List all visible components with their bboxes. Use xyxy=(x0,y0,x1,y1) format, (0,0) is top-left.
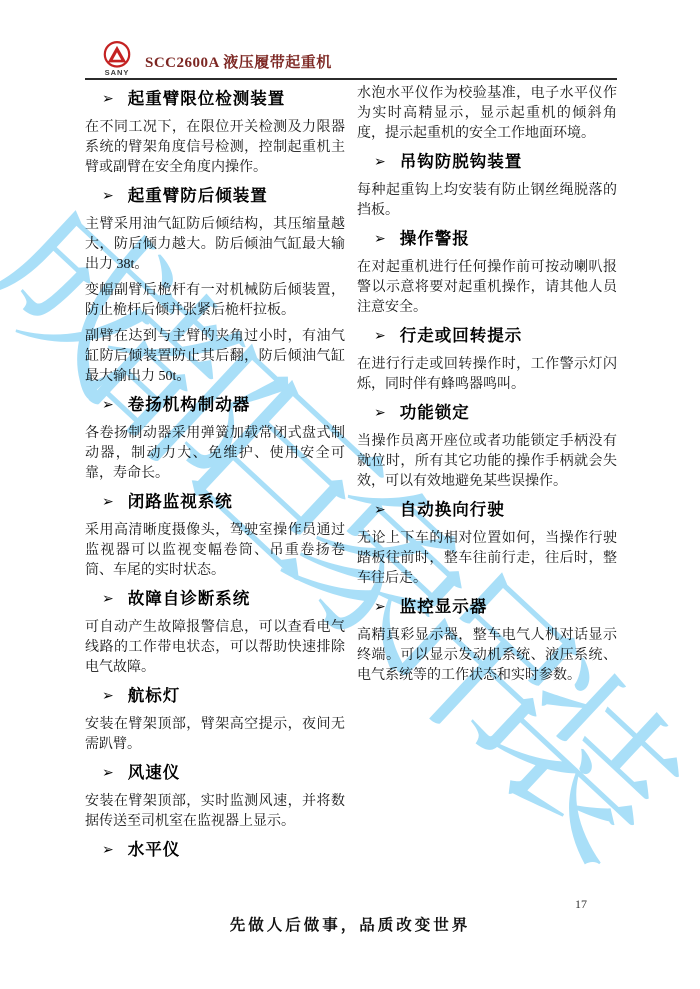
section-heading-text: 卷扬机构制动器 xyxy=(128,395,251,415)
sany-logo: SANY xyxy=(97,40,137,80)
footer-slogan: 先做人后做事，品质改变世界 xyxy=(0,913,700,935)
paragraph: 可自动产生故障报警信息，可以查看电气线路的工作带电状态，可以帮助快速排除电气故障… xyxy=(85,618,345,678)
bullet-arrow-icon: ➢ xyxy=(374,229,386,249)
bullet-arrow-icon: ➢ xyxy=(374,500,386,520)
paragraph: 安装在臂架顶部，臂架高空提示，夜间无需趴臂。 xyxy=(85,715,345,755)
section-heading-text: 吊钩防脱钩装置 xyxy=(400,152,523,172)
paragraph: 副臂在达到与主臂的夹角过小时，有油气缸防后倾装置防止其后翻，防后倾油气缸最大输出… xyxy=(85,327,345,387)
header-divider xyxy=(85,78,617,80)
left-column: ➢起重臂限位检测装置在不同工况下，在限位开关检测及力限器系统的臂架角度信号检测，… xyxy=(85,84,345,869)
section-heading: ➢功能锁定 xyxy=(357,403,617,424)
paragraph: 采用高清晰度摄像头，驾驶室操作员通过监视器可以监视变幅卷筒、吊重卷扬卷筒、车尾的… xyxy=(85,521,345,581)
bullet-arrow-icon: ➢ xyxy=(102,589,114,609)
bullet-arrow-icon: ➢ xyxy=(102,186,114,206)
right-column: 水泡水平仪作为校验基准，电子水平仪作为实时高精显示，显示起重机的倾斜角度，提示起… xyxy=(357,84,617,869)
paragraph: 高精真彩显示器，整车电气人机对话显示终端。可以显示发动机系统、液压系统、电气系统… xyxy=(357,626,617,686)
bullet-arrow-icon: ➢ xyxy=(374,403,386,423)
section-heading-text: 自动换向行驶 xyxy=(400,500,505,520)
section-heading-text: 监控显示器 xyxy=(400,597,488,617)
page-header: SANY SCC2600A 液压履带起重机 xyxy=(85,38,617,78)
section-heading-text: 水平仪 xyxy=(128,840,181,860)
paragraph: 在对起重机进行任何操作前可按动喇叭报警以示意将要对起重机操作，请其他人员注意安全… xyxy=(357,258,617,318)
paragraph: 变幅副臂后桅杆有一对机械防后倾装置，防止桅杆后倾并张紧后桅杆拉板。 xyxy=(85,281,345,321)
paragraph: 安装在臂架顶部，实时监测风速，并将数据传送至司机室在监视器上显示。 xyxy=(85,792,345,832)
section-heading: ➢水平仪 xyxy=(85,840,345,861)
section-heading-text: 故障自诊断系统 xyxy=(128,589,251,609)
paragraph: 各卷扬制动器采用弹簧加载常闭式盘式制动器，制动力大、免维护、使用安全可靠，寿命长… xyxy=(85,424,345,484)
bullet-arrow-icon: ➢ xyxy=(374,597,386,617)
paragraph: 在进行行走或回转操作时，工作警示灯闪烁，同时伴有蜂鸣器鸣叫。 xyxy=(357,355,617,395)
section-heading: ➢监控显示器 xyxy=(357,597,617,618)
section-heading: ➢自动换向行驶 xyxy=(357,500,617,521)
section-heading: ➢起重臂防后倾装置 xyxy=(85,186,345,207)
section-heading: ➢起重臂限位检测装置 xyxy=(85,89,345,110)
bullet-arrow-icon: ➢ xyxy=(102,763,114,783)
section-heading: ➢卷扬机构制动器 xyxy=(85,395,345,416)
section-heading-text: 风速仪 xyxy=(128,763,181,783)
paragraph: 在不同工况下，在限位开关检测及力限器系统的臂架角度信号检测，控制起重机主臂或副臂… xyxy=(85,118,345,178)
bullet-arrow-icon: ➢ xyxy=(102,840,114,860)
bullet-arrow-icon: ➢ xyxy=(102,492,114,512)
section-heading: ➢操作警报 xyxy=(357,229,617,250)
document-title: SCC2600A 液压履带起重机 xyxy=(145,51,332,72)
paragraph: 每种起重钩上均安装有防止钢丝绳脱落的挡板。 xyxy=(357,181,617,221)
section-heading: ➢闭路监视系统 xyxy=(85,492,345,513)
paragraph: 无论上下车的相对位置如何，当操作行驶踏板往前时，整车往前行走，往后时，整车往后走… xyxy=(357,529,617,589)
sany-brand-text: SANY xyxy=(97,68,137,77)
section-heading: ➢行走或回转提示 xyxy=(357,326,617,347)
section-heading-text: 起重臂防后倾装置 xyxy=(128,186,268,206)
section-heading: ➢航标灯 xyxy=(85,686,345,707)
paragraph: 主臂采用油气缸防后倾结构，其压缩量越大，防后倾力越大。防后倾油气缸最大输出力 3… xyxy=(85,215,345,275)
bullet-arrow-icon: ➢ xyxy=(102,686,114,706)
bullet-arrow-icon: ➢ xyxy=(102,395,114,415)
section-heading: ➢吊钩防脱钩装置 xyxy=(357,152,617,173)
document-page: 成都巨象吊装 SANY SCC2600A 液压履带起重机 ➢起重臂限位检测装置在… xyxy=(0,0,700,989)
bullet-arrow-icon: ➢ xyxy=(102,89,114,109)
content-columns: ➢起重臂限位检测装置在不同工况下，在限位开关检测及力限器系统的臂架角度信号检测，… xyxy=(85,84,617,869)
section-heading-text: 功能锁定 xyxy=(400,403,470,423)
section-heading-text: 起重臂限位检测装置 xyxy=(128,89,286,109)
paragraph: 水泡水平仪作为校验基准，电子水平仪作为实时高精显示，显示起重机的倾斜角度，提示起… xyxy=(357,84,617,144)
bullet-arrow-icon: ➢ xyxy=(374,152,386,172)
section-heading-text: 行走或回转提示 xyxy=(400,326,523,346)
bullet-arrow-icon: ➢ xyxy=(374,326,386,346)
section-heading-text: 闭路监视系统 xyxy=(128,492,233,512)
section-heading: ➢故障自诊断系统 xyxy=(85,589,345,610)
page-number: 17 xyxy=(575,897,587,912)
section-heading-text: 航标灯 xyxy=(128,686,181,706)
section-heading: ➢风速仪 xyxy=(85,763,345,784)
section-heading-text: 操作警报 xyxy=(400,229,470,249)
paragraph: 当操作员离开座位或者功能锁定手柄没有就位时，所有其它功能的操作手柄就会失效，可以… xyxy=(357,432,617,492)
